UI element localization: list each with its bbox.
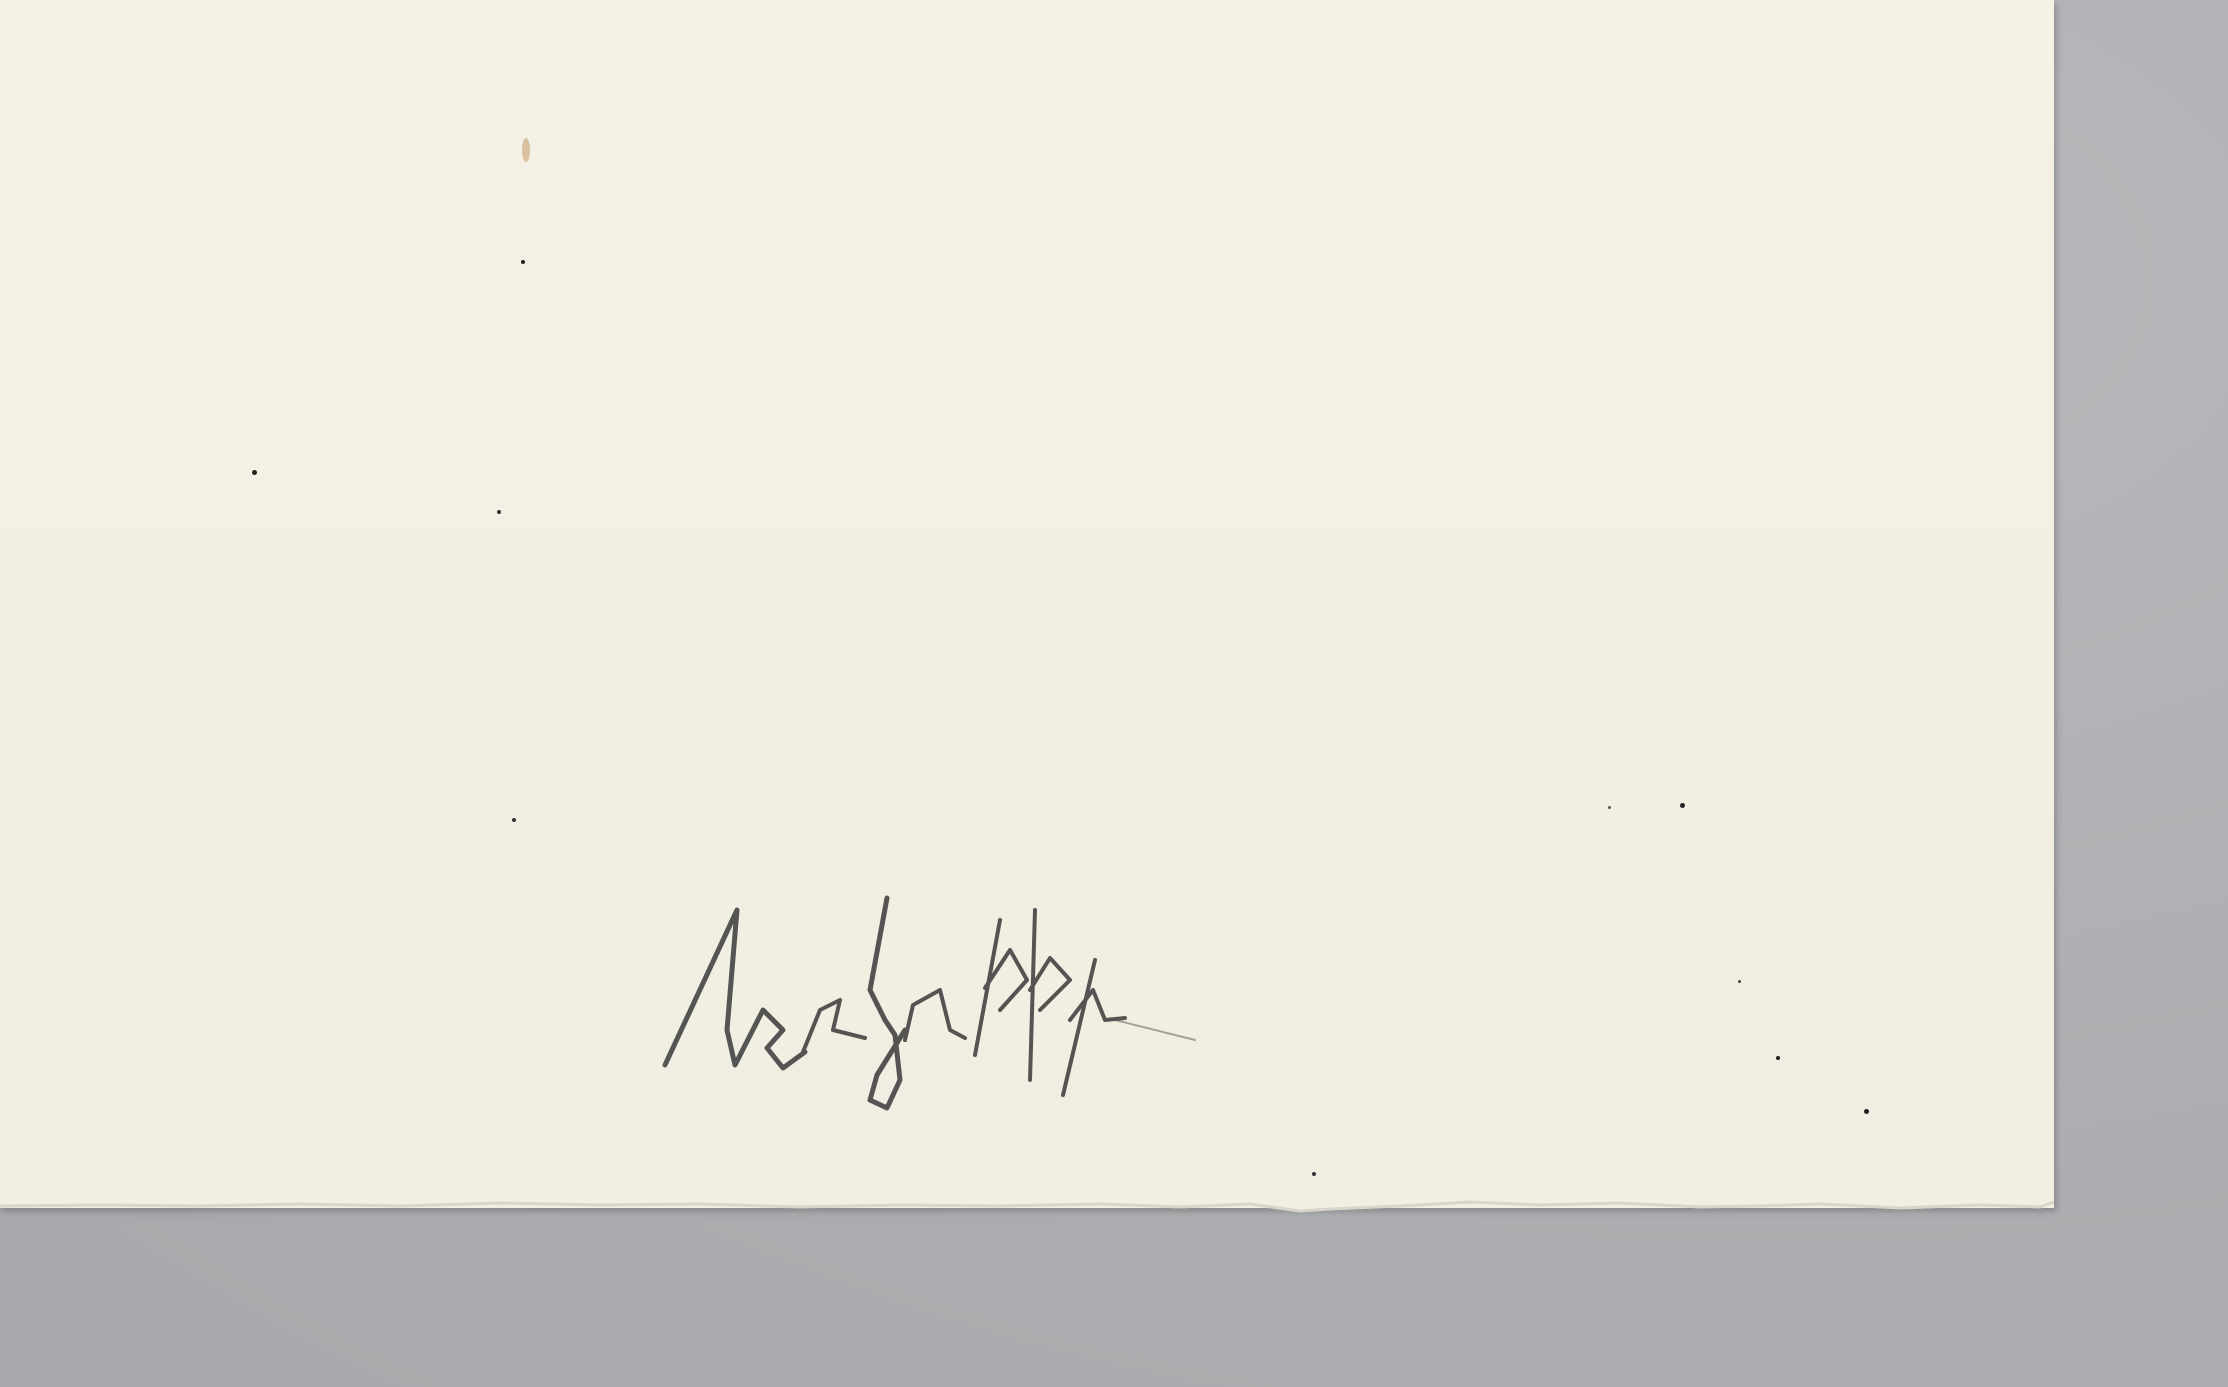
speck [521,260,525,264]
speck [512,818,516,822]
speck [252,470,257,475]
speck [1680,803,1685,808]
deckle-edge [0,1180,2054,1220]
pencil-signature [655,870,1785,1130]
speck [1864,1109,1869,1114]
speck [1608,806,1611,809]
speck [1312,1172,1316,1176]
foxing-stain [522,138,530,162]
speck [497,510,501,514]
